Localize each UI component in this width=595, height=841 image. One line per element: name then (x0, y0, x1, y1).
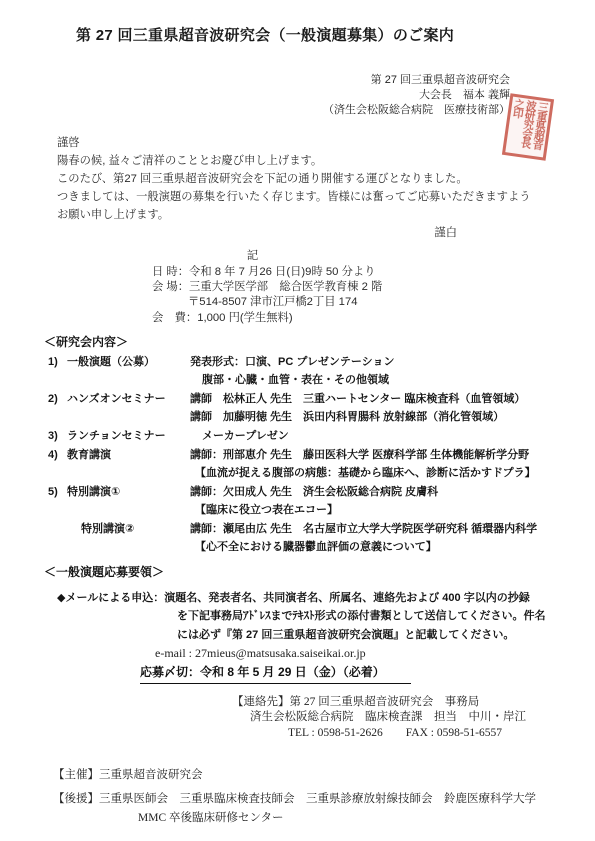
program-section-heading: ＜研究会内容＞ (44, 333, 595, 350)
program-item-label: ランチョンセミナー (67, 427, 190, 445)
program-item-number: 5) (48, 483, 67, 519)
greeting-line: お願い申し上げます。 (57, 206, 537, 224)
program-item-label: 特別講演② (67, 520, 190, 556)
application-line: には必ず『第 27 回三重県超音波研究会演題』と記載してください。 (177, 626, 595, 645)
program-item-content: 講師：瀬尾由広 先生 名古屋市立大学大学院医学研究科 循環器内科学 【心不全にお… (190, 520, 595, 556)
program-line: メーカープレゼン (190, 427, 595, 445)
program-item-content: 発表形式：口演、PC プレゼンテーション 腹部・心臓・血管・表在・その他領域 (190, 353, 595, 389)
contact-tel-fax: TEL : 0598-51-2626 FAX : 0598-51-6557 (288, 726, 595, 742)
program-item-label: ハンズオンセミナー (67, 390, 190, 426)
program-line: 講師：刑部恵介 先生 藤田医科大学 医療科学部 生体機能解析学分野 (190, 446, 595, 464)
program-line: 発表形式：口演、PC プレゼンテーション (190, 353, 595, 371)
program-row: 4) 教育講演 講師：刑部恵介 先生 藤田医科大学 医療科学部 生体機能解析学分… (0, 446, 595, 482)
event-venue: 会 場：三重大学医学部 総合医学教育棟 2 階 (152, 280, 595, 295)
page-title: 第 27 回三重県超音波研究会（一般演題募集）のご案内 (0, 24, 530, 45)
lecture-title: 【血流が捉える腹部の病態：基礎から臨床へ、診断に活かすドプラ】 (190, 464, 595, 482)
program-item-number: 3) (48, 427, 67, 445)
event-fee: 会 費：1,000 円(学生無料) (152, 311, 595, 326)
program-row: 1) 一般演題（公募） 発表形式：口演、PC プレゼンテーション 腹部・心臓・血… (0, 353, 595, 389)
official-seal-stamp: 三重県超音波研究会長之印 (502, 93, 554, 161)
organizer-signature-block: 第 27 回三重県超音波研究会 大会長 福本 義輝 （済生会松阪総合病院 医療技… (0, 73, 595, 118)
contact-block: 【連絡先】第 27 回三重県超音波研究会 事務局 済生会松阪総合病院 臨床検査課… (0, 695, 595, 742)
chairman-name: 大会長 福本 義輝 (0, 88, 510, 103)
program-item-content: メーカープレゼン (190, 427, 595, 445)
lecture-title: 【臨床に役立つ表在エコー】 (190, 501, 595, 519)
greeting-line: つきましては、一般演題の募集を行いたく存じます。皆様には奮ってご応募いただきます… (57, 188, 537, 206)
event-details: 日 時：令和 8 年 7 月26 日(日)9時 50 分より 会 場：三重大学医… (152, 265, 595, 326)
application-line: を下記事務局ｱﾄﾞﾚｽまでﾃｷｽﾄ形式の添付書類として送信してください。件名 (177, 607, 595, 626)
application-instructions: ◆メールによる申込：演題名、発表者名、共同演者名、所属名、連絡先および 400 … (0, 589, 595, 684)
program-item-label: 一般演題（公募） (67, 353, 190, 389)
chairman-affiliation: （済生会松阪総合病院 医療技術部） (0, 103, 510, 118)
footer: 【主催】三重県超音波研究会 【後援】三重県医師会 三重県臨床検査技師会 三重県診… (0, 766, 595, 828)
application-section-heading: ＜一般演題応募要領＞ (44, 563, 595, 580)
application-deadline: 応募〆切：令和 8 年 5 月 29 日（金）（必着） (140, 663, 411, 684)
program-item-label: 教育講演 (67, 446, 190, 482)
program-row: 5) 特別講演① 講師：欠田成人 先生 済生会松阪総合病院 皮膚科 【臨床に役立… (0, 483, 595, 519)
application-method-label: ◆メールによる申込： (57, 592, 164, 604)
lecture-title: 【心不全における臓器鬱血評価の意義について】 (190, 538, 595, 556)
program-line: 講師 松林正人 先生 三重ハートセンター 臨床検査科（血管領域） (190, 390, 595, 408)
contact-office: 【連絡先】第 27 回三重県超音波研究会 事務局 (232, 695, 595, 711)
program-item-label: 特別講演① (67, 483, 190, 519)
salutation-closing: 謹白 (0, 224, 595, 242)
event-date: 日 時：令和 8 年 7 月26 日(日)9時 50 分より (152, 265, 595, 280)
greeting-paragraph: 謹啓 陽春の候, 益々ご清祥のこととお慶び申し上げます。 このたび、第27 回三… (57, 134, 537, 224)
program-row: 特別講演② 講師：瀬尾由広 先生 名古屋市立大学大学院医学研究科 循環器内科学 … (0, 520, 595, 556)
program-item-content: 講師：刑部恵介 先生 藤田医科大学 医療科学部 生体機能解析学分野 【血流が捉え… (190, 446, 595, 482)
application-text: 演題名、発表者名、共同演者名、所属名、連絡先および 400 字以内の抄録 (164, 592, 529, 604)
program-item-number: 1) (48, 353, 67, 389)
event-address: 〒514-8507 津市江戸橋2丁目 174 (152, 295, 595, 310)
program-item-number: 4) (48, 446, 67, 482)
contact-persons: 済生会松阪総合病院 臨床検査課 担当 中川・岸江 (250, 710, 595, 726)
supporters-list: 【後援】三重県医師会 三重県臨床検査技師会 三重県診療放射線技師会 鈴鹿医療科学… (53, 790, 595, 809)
greeting-line: このたび、第27 回三重県超音波研究会を下記の通り開催する運びとなりました。 (57, 170, 537, 188)
submission-email: e-mail : 27mieus@matsusaka.saiseikai.or.… (155, 645, 595, 662)
announcement-document: 第 27 回三重県超音波研究会（一般演題募集）のご案内 第 27 回三重県超音波… (0, 0, 595, 841)
supporters-list-continued: MMC 卒後臨床研修センター (138, 809, 595, 828)
program-line: 腹部・心臓・血管・表在・その他領域 (190, 371, 595, 389)
program-row: 2) ハンズオンセミナー 講師 松林正人 先生 三重ハートセンター 臨床検査科（… (0, 390, 595, 426)
salutation-opening: 謹啓 (57, 134, 537, 152)
program-row: 3) ランチョンセミナー メーカープレゼン (0, 427, 595, 445)
program-line: 講師 加藤明徳 先生 浜田内科胃腸科 放射線部（消化管領域） (190, 408, 595, 426)
greeting-line: 陽春の候, 益々ご清祥のこととお慶び申し上げます。 (57, 152, 537, 170)
program-item-content: 講師 松林正人 先生 三重ハートセンター 臨床検査科（血管領域） 講師 加藤明徳… (190, 390, 595, 426)
program-item-number (48, 520, 67, 556)
notice-heading: 記 (0, 247, 505, 263)
program-item-number: 2) (48, 390, 67, 426)
application-line: ◆メールによる申込：演題名、発表者名、共同演者名、所属名、連絡先および 400 … (57, 589, 595, 608)
program-line: 講師：瀬尾由広 先生 名古屋市立大学大学院医学研究科 循環器内科学 (190, 520, 595, 538)
supporters-line: 【後援】三重県医師会 三重県臨床検査技師会 三重県診療放射線技師会 鈴鹿医療科学… (53, 790, 595, 828)
organizer-line: 【主催】三重県超音波研究会 (53, 766, 595, 782)
seal-text: 三重県超音波研究会長之印 (506, 98, 549, 156)
society-name: 第 27 回三重県超音波研究会 (0, 73, 510, 88)
program-item-content: 講師：欠田成人 先生 済生会松阪総合病院 皮膚科 【臨床に役立つ表在エコー】 (190, 483, 595, 519)
program-list: 1) 一般演題（公募） 発表形式：口演、PC プレゼンテーション 腹部・心臓・血… (0, 353, 595, 556)
program-line: 講師：欠田成人 先生 済生会松阪総合病院 皮膚科 (190, 483, 595, 501)
